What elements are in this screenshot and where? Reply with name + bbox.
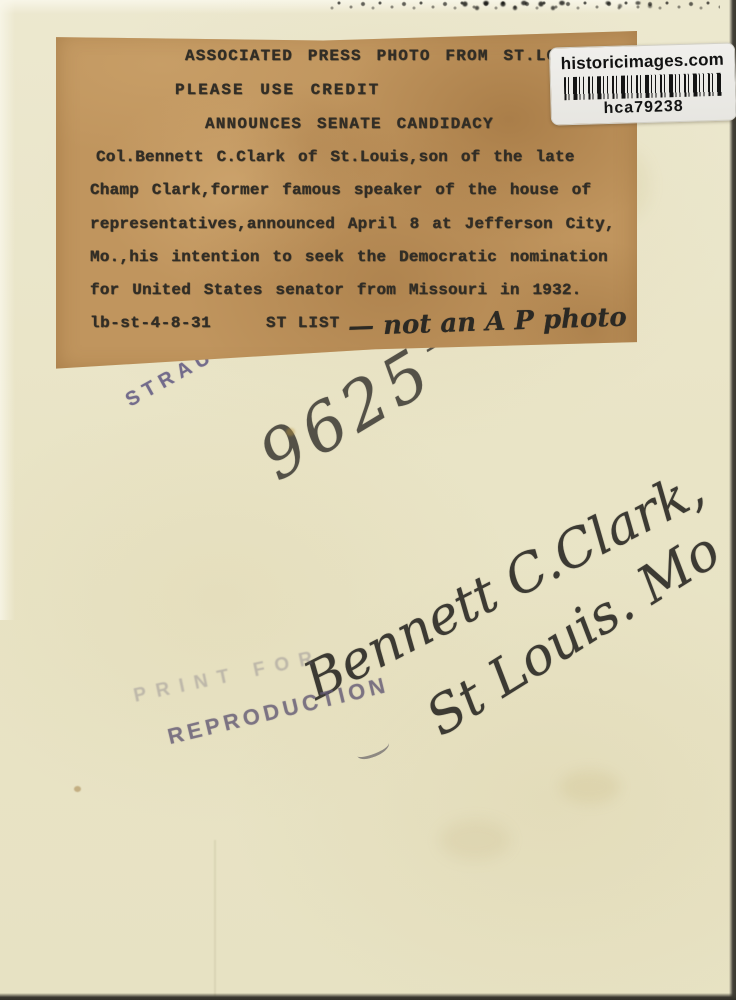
caption-headline-1: ASSOCIATED PRESS PHOTO FROM ST.LOUIS	[185, 47, 590, 65]
paper-stain	[286, 428, 295, 436]
photo-back-page: STRAUS ASSOCIATED PRESS PHOTO FROM ST.LO…	[0, 0, 736, 1000]
caption-slug: lb-st-4-8-31	[90, 314, 211, 332]
reproduction-stamp-flourish	[355, 737, 392, 762]
paper-crease	[214, 840, 216, 1000]
caption-headline-2: PLEASE USE CREDIT	[175, 81, 380, 99]
caption-headline-3: ANNOUNCES SENATE CANDIDACY	[205, 115, 494, 133]
scan-right-edge	[729, 0, 736, 1000]
scan-bottom-edge	[0, 993, 736, 1000]
caption-handwritten-note: — not an A P photo !	[348, 302, 648, 342]
caption-body-line: Champ Clark,former famous speaker of the…	[90, 181, 591, 199]
scan-edge-speckles-dense-2	[600, 0, 660, 10]
caption-list-code: ST LIST	[266, 314, 340, 332]
barcode	[564, 72, 723, 99]
caption-body-line: Col.Bennett C.Clark of St.Louis,son of t…	[96, 148, 575, 166]
caption-body-line: Mo.,his intention to seek the Democratic…	[90, 248, 608, 266]
paper-stain	[560, 770, 620, 804]
paper-stain	[440, 820, 510, 860]
archive-number-digits: 9625	[246, 333, 447, 496]
paper-stain	[74, 786, 81, 792]
barcode-code: hca79238	[603, 97, 684, 117]
caption-body-line: representatives,announced April 8 at Jef…	[90, 215, 615, 233]
scan-left-margin	[0, 0, 15, 620]
caption-body-line: for United States senator from Missouri …	[90, 281, 581, 299]
vendor-site-name: historicimages.com	[560, 49, 724, 74]
scan-edge-speckles-dense	[455, 0, 565, 12]
vendor-sticker: historicimages.com hca79238	[549, 42, 736, 125]
